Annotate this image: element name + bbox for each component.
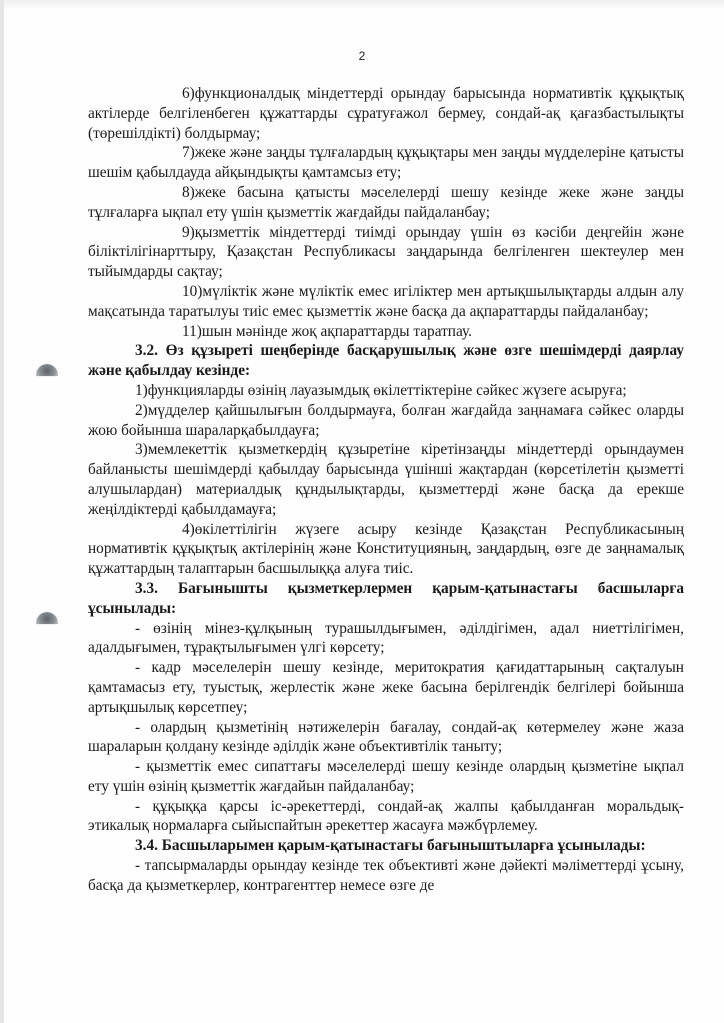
item-number: 8): [135, 183, 195, 203]
list-item: 2)мүдделер қайшылығын болдырмауға, болға…: [88, 401, 684, 441]
document-body: 6)функционалдық міндеттерді орындау бары…: [88, 84, 684, 896]
section-heading-3-4: 3.4. Басшыларымен қарым-қатынастағы бағы…: [88, 836, 684, 856]
item-number: 9): [135, 223, 195, 243]
scan-edge-top: [0, 0, 724, 8]
dash-item: - қызметтік емес сипаттағы мәселелерді ш…: [88, 757, 684, 797]
page-number: 2: [0, 49, 724, 63]
punch-hole-icon: [36, 364, 58, 386]
list-item: 7)жеке және заңды тұлғалардың құқықтары …: [88, 143, 684, 183]
punch-hole-icon: [36, 612, 58, 634]
list-item: 8)жеке басына қатысты мәселелерді шешу к…: [88, 183, 684, 223]
scan-edge-left: [0, 0, 4, 1023]
dash-item: - кадр мәселелерін шешу кезінде, мериток…: [88, 658, 684, 717]
dash-item: - құқыққа қарсы іс-әрекеттерді, сондай-а…: [88, 797, 684, 837]
list-item: 10)мүліктік және мүліктік емес игіліктер…: [88, 282, 684, 322]
item-number: 4): [135, 520, 195, 540]
item-number: 10): [135, 282, 202, 302]
document-page: 2 6)функционалдық міндеттерді орындау ба…: [0, 0, 724, 1023]
dash-item: - өзінің мінез-құлқының турашылдығымен, …: [88, 619, 684, 659]
item-number: 11): [135, 322, 202, 342]
item-text: шын мәнінде жоқ ақпараттарды таратпау.: [202, 323, 472, 340]
item-number: 7): [135, 143, 195, 163]
list-item: 6)функционалдық міндеттерді орындау бары…: [88, 84, 684, 143]
list-item: 3)мемлекеттік қызметкердің құзыретіне кі…: [88, 440, 684, 519]
list-item: 11)шын мәнінде жоқ ақпараттарды таратпау…: [88, 322, 684, 342]
dash-item: - олардың қызметінің нәтижелерін бағалау…: [88, 718, 684, 758]
list-item: 4)өкілеттілігін жүзеге асыру кезінде Қаз…: [88, 520, 684, 579]
list-item: 1)функцияларды өзінің лауазымдық өкілетт…: [88, 381, 684, 401]
section-heading-3-3: 3.3. Бағынышты қызметкерлермен қарым-қат…: [88, 579, 684, 619]
section-heading-3-2: 3.2. Өз құзыреті шеңберінде басқарушылық…: [88, 341, 684, 381]
list-item: 9)қызметтік міндеттерді тиімді орындау ү…: [88, 223, 684, 282]
dash-item: - тапсырмаларды орындау кезінде тек объе…: [88, 856, 684, 896]
item-number: 6): [135, 84, 195, 104]
